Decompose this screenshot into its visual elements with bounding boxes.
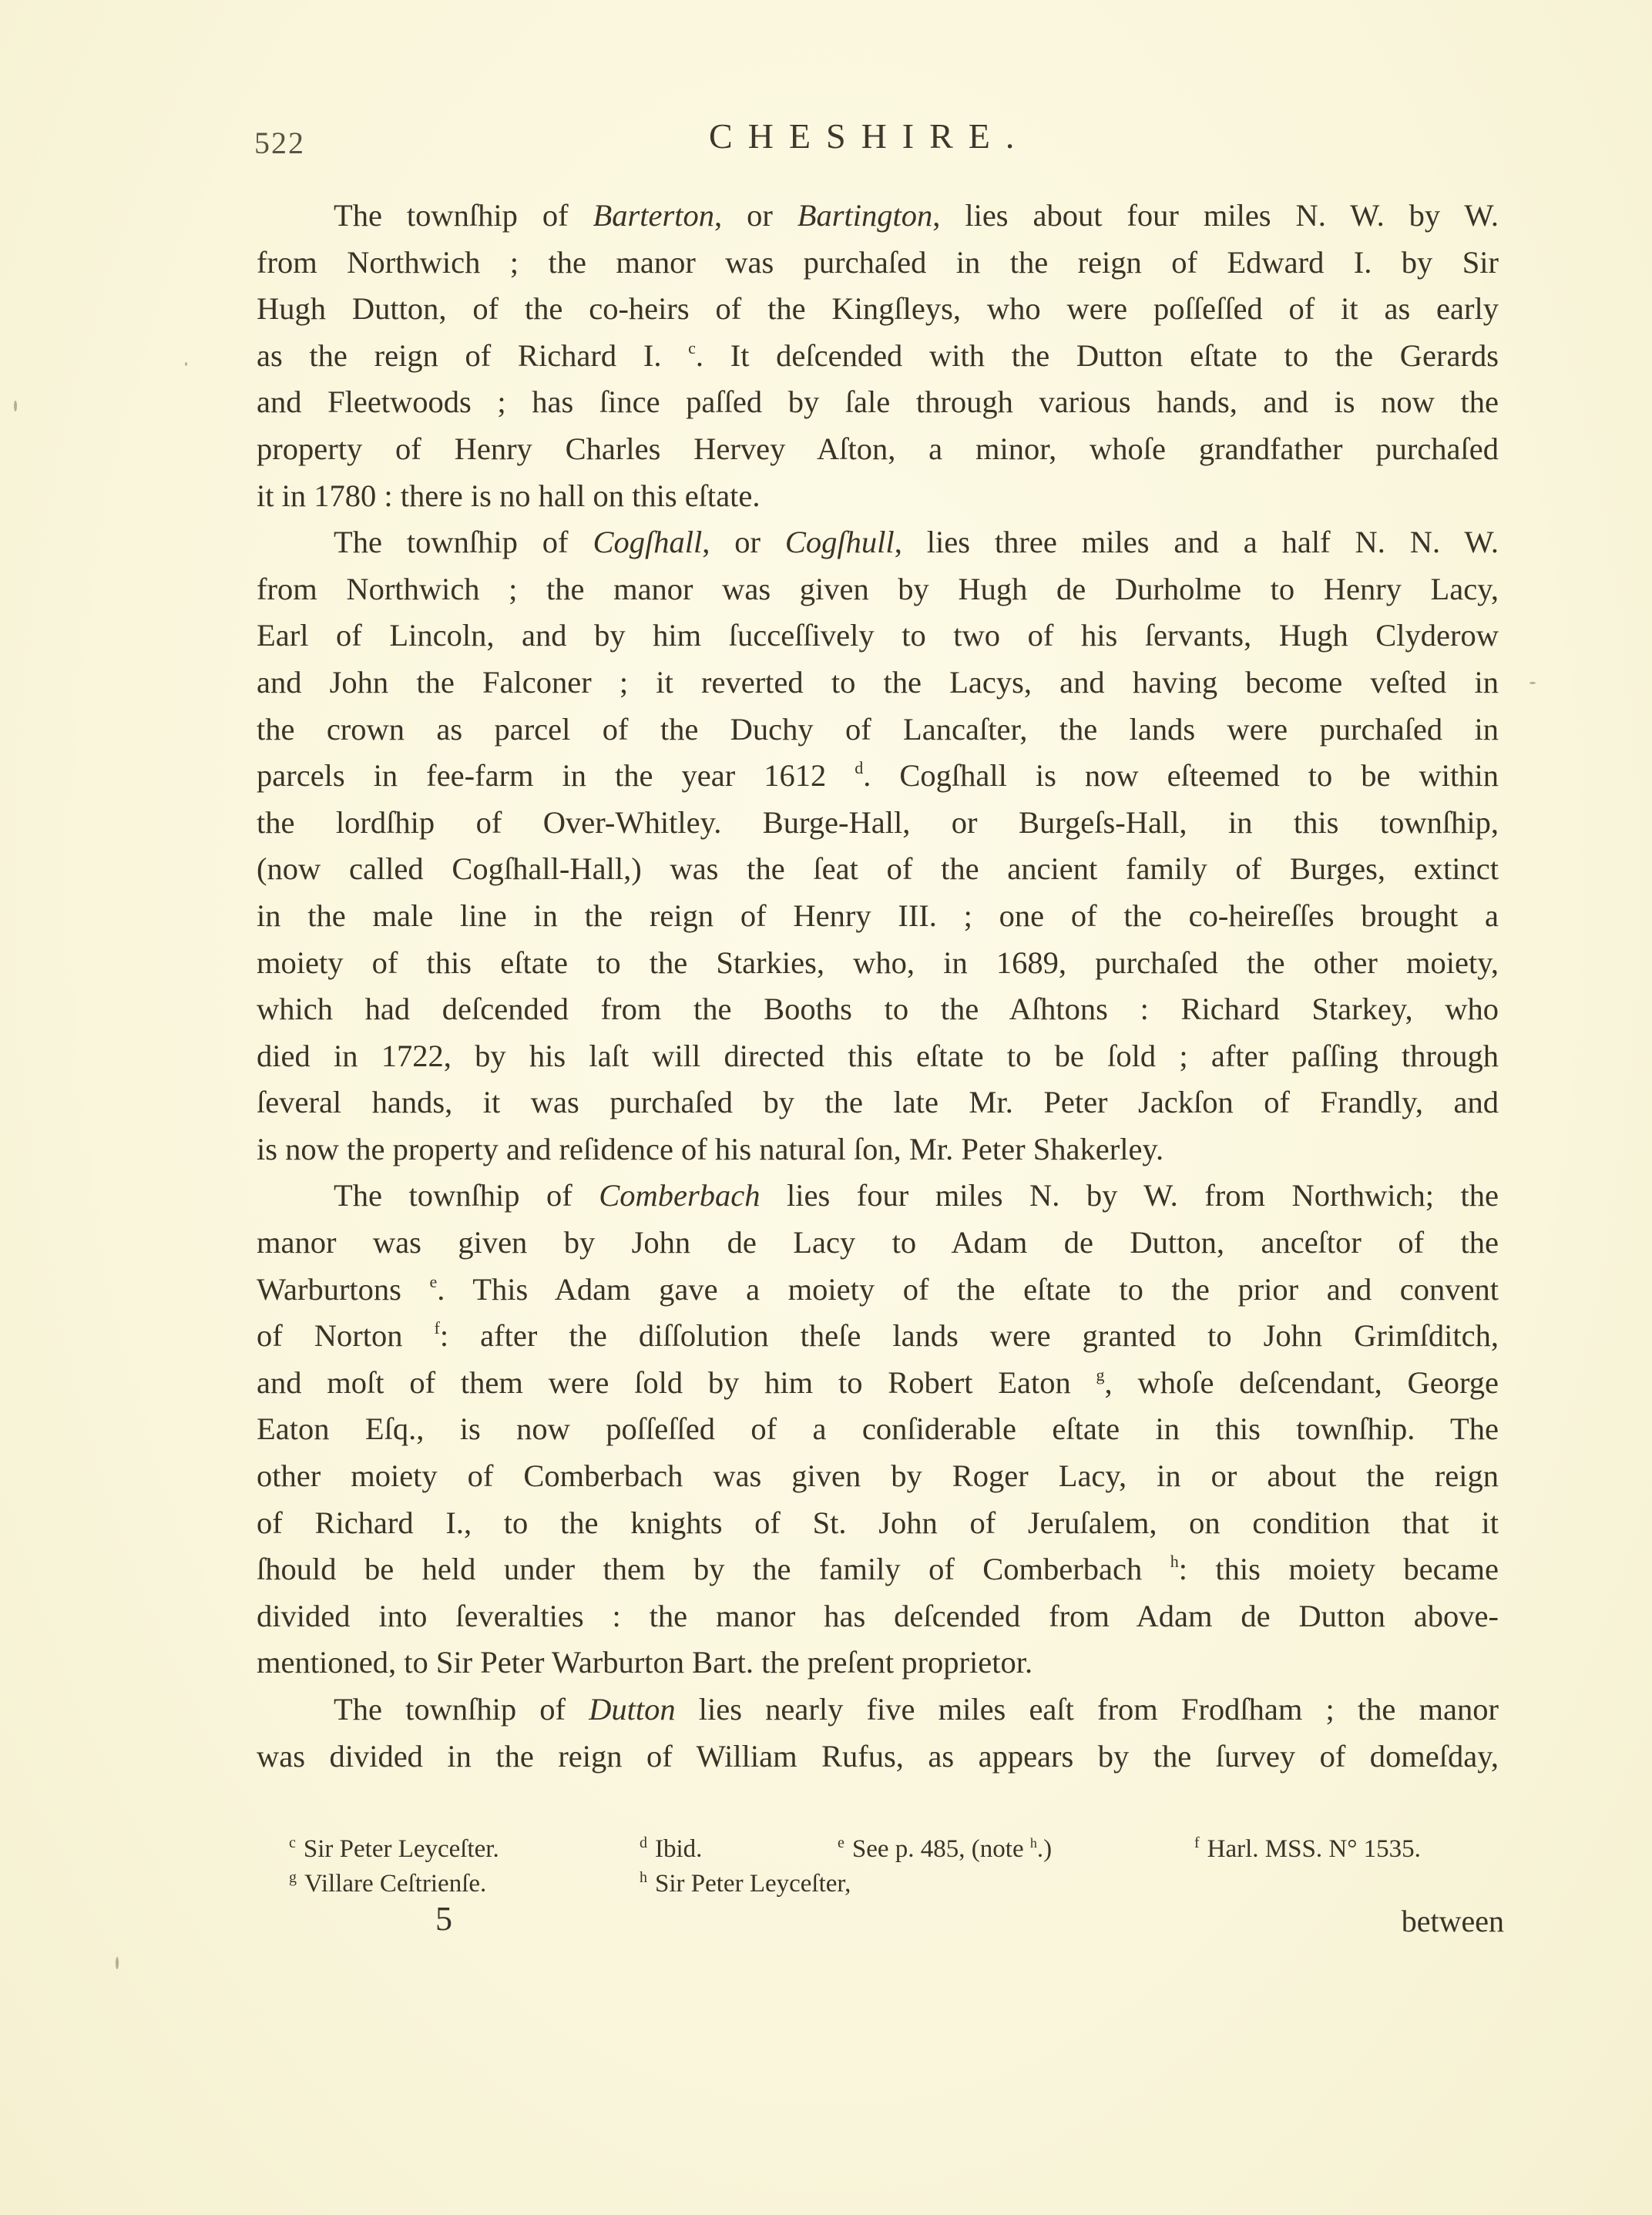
page-number: 522	[254, 125, 305, 161]
text-line: from Northwich ; the manor was purchaſed…	[257, 240, 1499, 287]
text-line: as the reign of Richard I. c. It deſcend…	[257, 333, 1499, 380]
text-line: and John the Falconer ; it reverted to t…	[257, 659, 1499, 706]
text-line: and Fleetwoods ; has ſince paſſed by ſal…	[257, 379, 1499, 426]
text-line: The townſhip of Cogſhall, or Cogſhull, l…	[257, 519, 1499, 566]
paper-speck	[14, 401, 17, 411]
paragraph: The townſhip of Comberbach lies four mil…	[257, 1173, 1499, 1686]
text-line: manor was given by John de Lacy to Adam …	[257, 1220, 1499, 1267]
footnote-reference: e	[430, 1272, 438, 1291]
text-line: The townſhip of Dutton lies nearly five …	[257, 1686, 1499, 1733]
footnotes: cSir Peter Leyceſter. dIbid. eSee p. 485…	[289, 1826, 1506, 1895]
footnote-g: gVillare Ceſtrienſe.	[289, 1861, 486, 1901]
text-line: other moiety of Comberbach was given by …	[257, 1453, 1499, 1500]
text-line: in the male line in the reign of Henry I…	[257, 893, 1499, 940]
text-line: Hugh Dutton, of the co-heirs of the King…	[257, 286, 1499, 333]
paragraph: The townſhip of Barterton, or Bartington…	[257, 193, 1499, 519]
footnote-reference: g	[1096, 1365, 1105, 1384]
place-name: Bartington	[797, 198, 933, 233]
footnote-row: gVillare Ceſtrienſe. hSir Peter Leyceſte…	[289, 1861, 1506, 1895]
footnote-reference: c	[688, 338, 696, 357]
text-line: the crown as parcel of the Duchy of Lanc…	[257, 706, 1499, 753]
paper-speck	[185, 362, 187, 366]
text-line: is now the property and reſidence of his…	[257, 1126, 1499, 1173]
text-line: from Northwich ; the manor was given by …	[257, 566, 1499, 613]
text-line: property of Henry Charles Hervey Aſton, …	[257, 426, 1499, 473]
footnote-reference: f	[435, 1318, 440, 1337]
text-line: Earl of Lincoln, and by him ſucceſſively…	[257, 612, 1499, 659]
text-line: died in 1722, by his laſt will directed …	[257, 1033, 1499, 1080]
paper-speck	[1529, 682, 1536, 684]
footnote-reference: h	[1170, 1552, 1179, 1571]
text-line: moiety of this eſtate to the Starkies, w…	[257, 940, 1499, 987]
running-head: CHESHIRE.	[709, 116, 1029, 156]
catchword: between	[1402, 1903, 1504, 1939]
text-line: it in 1780 : there is no hall on this eſ…	[257, 473, 1499, 520]
text-line: was divided in the reign of William Rufu…	[257, 1733, 1499, 1780]
paragraph: The townſhip of Cogſhall, or Cogſhull, l…	[257, 519, 1499, 1173]
text-line: Warburtons e. This Adam gave a moiety of…	[257, 1267, 1499, 1314]
text-line: parcels in fee-farm in the year 1612 d. …	[257, 753, 1499, 800]
paper-speck	[116, 1957, 119, 1969]
place-name: Dutton	[589, 1692, 676, 1727]
place-name: Cogſhull	[785, 525, 895, 559]
text-line: and moſt of them were ſold by him to Rob…	[257, 1360, 1499, 1407]
text-line: which had deſcended from the Booths to t…	[257, 986, 1499, 1033]
text-line: of Norton f: after the diſſolution theſe…	[257, 1313, 1499, 1360]
text-line: ſeveral hands, it was purchaſed by the l…	[257, 1079, 1499, 1126]
footnote-reference: d	[855, 758, 863, 777]
signature-mark: 5	[435, 1899, 452, 1938]
text-line: divided into ſeveralties : the manor has…	[257, 1593, 1499, 1640]
text-line: Eaton Eſq., is now poſſeſſed of a conſid…	[257, 1406, 1499, 1453]
footnote-h: hSir Peter Leyceſter,	[640, 1861, 851, 1901]
text-line: mentioned, to Sir Peter Warburton Bart. …	[257, 1639, 1499, 1686]
page-header: 522 CHESHIRE.	[254, 116, 1503, 169]
text-line: ſhould be held under them by the family …	[257, 1546, 1499, 1593]
footnote-row: cSir Peter Leyceſter. dIbid. eSee p. 485…	[289, 1826, 1506, 1861]
text-line: The townſhip of Comberbach lies four mil…	[257, 1173, 1499, 1220]
text-line: of Richard I., to the knights of St. Joh…	[257, 1500, 1499, 1547]
text-line: The townſhip of Barterton, or Bartington…	[257, 193, 1499, 240]
place-name: Comberbach	[599, 1178, 760, 1213]
body-text: The townſhip of Barterton, or Bartington…	[257, 193, 1499, 1780]
place-name: Cogſhall	[593, 525, 702, 559]
text-line: the lordſhip of Over-Whitley. Burge-Hall…	[257, 800, 1499, 847]
place-name: Barterton	[593, 198, 715, 233]
text-line: (now called Cogſhall-Hall,) was the ſeat…	[257, 846, 1499, 893]
paragraph: The townſhip of Dutton lies nearly five …	[257, 1686, 1499, 1780]
